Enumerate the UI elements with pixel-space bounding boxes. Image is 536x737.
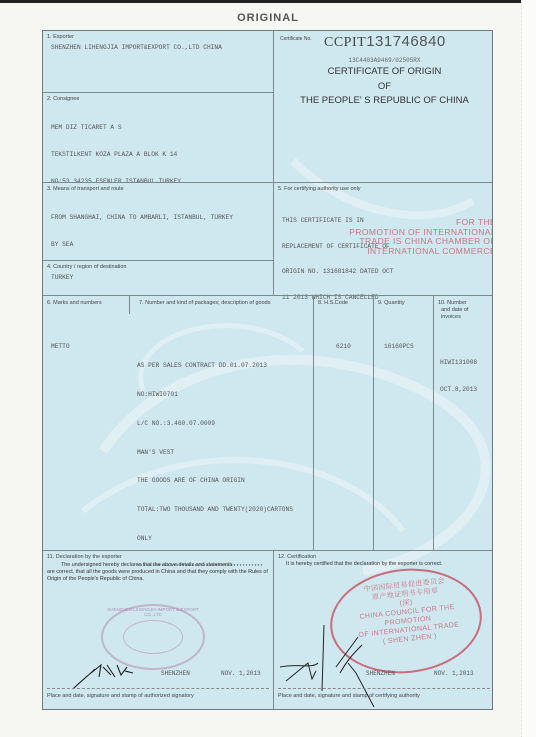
certificate-form: 1. Exporter SHENZHEN LIHENGJIA IMPORT&EX… <box>42 30 493 710</box>
invoice-header: 10. Number and date of invoices <box>438 300 469 321</box>
authority-line: ORIGIN NO. 131681842 DATED OCT <box>282 268 393 277</box>
certificate-header-cell: Certificate No. CCPIT131746840 13C4403A9… <box>273 31 493 182</box>
certification-place: SHENZHEN <box>366 670 395 677</box>
destination-value: TURKEY <box>51 273 73 282</box>
marks-column: 6. Marks and numbers METTO <box>43 296 129 551</box>
consignee-cell: 2. Consignee MEM DIZ TICARET A S TEKSTIL… <box>43 92 273 182</box>
description-line: ONLY <box>137 534 293 544</box>
description-line: TOTAL:TWO THOUSAND AND TWENTY(2020)CARTO… <box>137 505 293 515</box>
exporter-stamp-text: SHENZHEN LIHENGJIA IMPORT & EXPORT CO.,L… <box>103 607 203 617</box>
quantity-header: 9. Quantity <box>378 300 405 307</box>
quantity-column: 9. Quantity 16160PCS <box>373 296 433 551</box>
exporter-stamp-inner-ring <box>123 620 183 654</box>
hs-code-header: 8. H.S.Code <box>318 300 348 307</box>
declaration-label: 11. Declaration by the exporter <box>47 554 122 560</box>
certification-body: It is hereby certified that the declarat… <box>286 561 442 567</box>
declaration-footer: Place and date, signature and stamp of a… <box>47 693 194 699</box>
authority-red-stamp: FOR THE PROMOTION OF INTERNATIONAL TRADE… <box>326 218 493 256</box>
description-column: 7. Number and kind of packages; descript… <box>129 296 313 551</box>
exporter-cell: 1. Exporter SHENZHEN LIHENGJIA IMPORT&EX… <box>43 31 273 92</box>
certificate-no-number: 131746840 <box>366 33 446 50</box>
certificate-no: CCPIT131746840 <box>324 33 446 51</box>
declaration-cell: 11. Declaration by the exporter The unde… <box>43 550 273 710</box>
authority-cell: 5. For certifying authority use only THI… <box>273 182 493 295</box>
invoice-line: HIWI131008 <box>440 358 477 367</box>
destination-label: 4. Country / region of destination <box>47 264 127 270</box>
declaration-place: SHENZHEN <box>161 670 190 677</box>
authority-label: 5. For certifying authority use only <box>278 186 361 192</box>
heading-line-2: OF <box>274 81 493 92</box>
invoice-lines: HIWI131008 OCT.8,2013 <box>440 340 477 412</box>
consignee-line: MEM DIZ TICARET A S <box>51 123 181 132</box>
transport-line: FROM SHANGHAI, CHINA TO AMBARLI, ISTANBU… <box>51 213 233 222</box>
certification-signature-line <box>278 688 490 689</box>
goods-table: 6. Marks and numbers METTO 7. Number and… <box>43 295 493 550</box>
exporter-label: 1. Exporter <box>47 34 74 40</box>
scan-right-edge <box>521 0 536 737</box>
invoice-header-line: and date of <box>438 307 469 314</box>
description-line: MAN'S VEST <box>137 448 293 458</box>
transport-cell: 3. Means of transport and route FROM SHA… <box>43 182 273 260</box>
invoice-header-line: 10. Number <box>438 300 469 307</box>
invoice-line: OCT.8,2013 <box>440 385 477 394</box>
description-header: 7. Number and kind of packages; descript… <box>139 300 270 307</box>
heading-line-3: THE PEOPLE' S REPUBLIC OF CHINA <box>274 95 493 106</box>
declaration-body-rest: are correct, that all the goods were pro… <box>47 569 269 583</box>
certification-cell: 12. Certification It is hereby certified… <box>273 550 493 710</box>
invoice-column: 10. Number and date of invoices HIWI1310… <box>433 296 493 551</box>
transport-label: 3. Means of transport and route <box>47 186 124 192</box>
certification-label: 12. Certification <box>278 554 316 560</box>
marks-value: METTO <box>51 342 70 351</box>
invoice-header-line: invoices <box>438 314 469 321</box>
consignee-line: TEKSTILKENT KOZA PLAZA A BLOK K 14 <box>51 150 181 159</box>
authority-stamp-line: INTERNATIONAL COMMERCE <box>326 247 493 257</box>
transport-lines: FROM SHANGHAI, CHINA TO AMBARLI, ISTANBU… <box>51 195 233 267</box>
description-line: L/C NO.:3.460.07.0009 <box>137 419 293 429</box>
scan-top-edge <box>0 0 536 3</box>
certificate-no-label: Certificate No. <box>280 36 312 42</box>
description-line: THE GOODS ARE OF CHINA ORIGIN <box>137 476 293 486</box>
consignee-label: 2. Consignee <box>47 96 79 102</box>
hs-code-value: 6210 <box>336 342 351 351</box>
document-title: ORIGINAL <box>0 12 536 24</box>
declaration-date: NOV. 1,2013 <box>221 670 261 677</box>
quantity-value: 16160PCS <box>384 342 414 351</box>
certification-footer: Place and date, signature and stamp of c… <box>278 693 420 699</box>
exporter-signature <box>71 661 141 691</box>
declaration-signature-line <box>47 688 269 689</box>
exporter-value: SHENZHEN LIHENGJIA IMPORT&EXPORT CO.,LTD… <box>51 43 222 52</box>
certification-date: NOV. 1,2013 <box>434 670 474 677</box>
marks-header: 6. Marks and numbers <box>47 300 102 307</box>
declaration-body-first: The undersigned hereby declares that the… <box>47 562 269 569</box>
certifier-signature <box>278 623 388 693</box>
description-line: AS PER SALES CONTRACT DD.01.07.2013 <box>137 361 293 371</box>
destination-cell: 4. Country / region of destination TURKE… <box>43 260 273 295</box>
description-line: NO:HIWI0701 <box>137 390 293 400</box>
certificate-no-prefix: CCPIT <box>324 35 366 50</box>
declaration-body: The undersigned hereby declares that the… <box>47 562 269 583</box>
heading-line-1: CERTIFICATE OF ORIGIN <box>274 66 493 77</box>
reference-code: 13C4403A9469/02505RX <box>274 57 493 64</box>
transport-line: BY SEA <box>51 240 233 249</box>
hs-code-column: 8. H.S.Code 6210 <box>313 296 373 551</box>
